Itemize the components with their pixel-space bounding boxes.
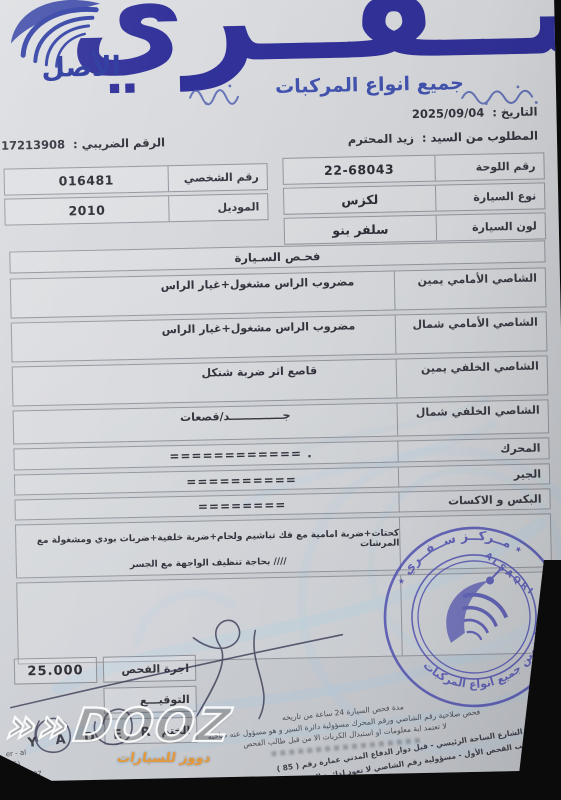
table-row: الشاصي الخلفي يمين قاصع اثر ضربة شنكل [12, 355, 549, 406]
svg-text:٭ مــركــز ســفــري ٭: ٭ مــركــز ســفــري ٭ [385, 522, 528, 591]
rear-chassis-left-label: الشاصي الخلفي شمال [397, 400, 549, 435]
tax-label: الرقم الضريبي : [73, 135, 165, 151]
front-chassis-right-label: الشاصي الأمامي يمين [394, 268, 546, 309]
engine-value: ============ . [14, 441, 397, 469]
dooz-watermark: »» DOOZ دووز للسيارات [2, 702, 219, 766]
table-row: رقم اللوحة 22-68043 [282, 152, 545, 184]
axles-value: ======== [15, 492, 398, 519]
stamp-text-top: ٭ مــركــز ســفــري ٭ [385, 522, 528, 591]
dooz-logo-text: DOOZ [71, 702, 235, 748]
engine-label: المحرك [397, 438, 548, 461]
model-label: الموديل [168, 194, 268, 221]
vehicle-table-right: رقم اللوحة 22-68043 نوع السيارة لكزس لون… [282, 152, 546, 247]
dooz-subtitle: دووز للسيارات [2, 751, 212, 766]
notes-line-1: كحتات+ضربة امامية مع فك تباشيم ولحام+ضرب… [16, 528, 399, 556]
front-chassis-left-value: مضروب الراس مشغول+غيار الراس [12, 316, 396, 362]
gearbox-label: الجير [398, 464, 549, 486]
front-chassis-right-value: مضروب الراس مشغول+غيار الراس [11, 272, 395, 318]
rear-chassis-right-label: الشاصي الخلفي يمين [396, 356, 548, 397]
plate-number-value: 22-68043 [283, 156, 434, 184]
photo-frame: { "header": { "brand_logo_text": "ســفــ… [0, 0, 561, 800]
table-row: الشاصي الأمامي شمال مضروب الراس مشغول+غي… [11, 311, 548, 362]
axles-label: البكس و الاكسات [398, 489, 549, 511]
vehicle-table-left: رقم الشخصي 016481 الموديل 2010 [4, 163, 269, 229]
plate-number-label: رقم اللوحة [434, 153, 543, 180]
table-row: لون السيارة سلفر بنو [284, 212, 547, 244]
model-value: 2010 [5, 196, 168, 224]
decorative-calligraphy-icon [186, 80, 257, 107]
table-row: الموديل 2010 [4, 193, 269, 226]
stamp-text-inner: ALSAQRI [482, 551, 536, 598]
gearbox-value: ========== [15, 467, 398, 494]
dooz-logo-row: »» DOOZ [4, 702, 218, 748]
personal-number-label: رقم الشخصي [167, 164, 267, 191]
table-row: نوع السيارة لكزس [283, 182, 546, 214]
car-color-label: لون السيارة [436, 213, 545, 240]
requested-value: زيد المحترم [348, 131, 414, 146]
date-label: التاريخ : [492, 104, 537, 119]
table-row: الشاصي الأمامي يمين مضروب الراس مشغول+غي… [10, 267, 547, 318]
table-row: رقم الشخصي 016481 [4, 163, 269, 196]
front-chassis-left-label: الشاصي الأمامي شمال [395, 312, 547, 353]
document-paper: ســفــري الأصل جميع انواع المركبات التار… [0, 0, 561, 782]
car-type-value: لكزس [284, 186, 435, 214]
brand-subtitle: الأصل [41, 51, 121, 84]
date-line: التاريخ : 2025/09/04 [412, 104, 538, 121]
notes-line-2: //// بحاجة تنظيف الواجهة مع الجسر [130, 556, 287, 569]
date-value: 2025/09/04 [412, 106, 485, 122]
table-row: الشاصي الخلفي شمال جــــــــــــــد/قصعا… [13, 399, 550, 444]
personal-number-value: 016481 [5, 166, 168, 194]
car-type-label: نوع السيارة [435, 183, 544, 210]
car-color-value: سلفر بنو [285, 216, 436, 244]
speed-chevrons-icon: »» [4, 702, 74, 748]
stamp-bird-emblem [435, 569, 517, 648]
requested-label: المطلوب من السيد : [422, 128, 538, 144]
tax-value: 17213908 [1, 137, 65, 152]
brand-tagline: جميع انواع المركبات [275, 72, 464, 98]
rear-chassis-right-value: قاصع اثر ضربة شنكل [13, 360, 397, 406]
notes-value: كحتات+ضربة امامية مع فك تباشيم ولحام+ضرب… [16, 517, 400, 577]
rear-chassis-left-value: جــــــــــــــد/قصعات [14, 404, 398, 444]
